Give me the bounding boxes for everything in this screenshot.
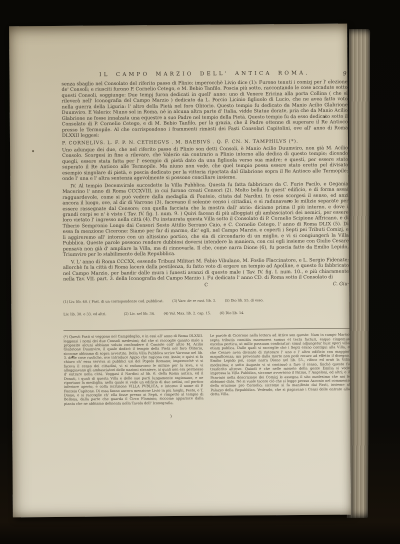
scanned-book-photo: IL CAMPO MARZIO DELL' ANTICA ROMA. 9 sen… [0,0,400,544]
paragraph-villa-publica: IV. Al tempio Decemvirale succedette la … [62,181,349,258]
citation-line: Liv. lib. 30. e 33. ed altri. (2) Liv. n… [63,310,349,317]
main-text: senza sbaglio nel Consolato del riferito… [62,79,350,282]
footnote-column-left: (*) Questi Fasti si veggono nel Campidog… [64,334,204,406]
paragraph-pieta: Uno adunque dei due, che nel riferito pa… [62,145,348,182]
stray-mark: ) [170,413,350,419]
footnote-column-right: Le parole di Cicerone nella lettera ad A… [210,333,350,405]
gathering-signature: C [204,282,208,288]
citation-block: (1) Liv. lib. 40. ( Fast. di un corrispo… [63,289,349,326]
paragraph-continuation: senza sbaglio nel Consolato del riferito… [62,79,348,139]
footnote-rule [63,328,349,331]
page-number: 9 [343,70,347,77]
paper-speck [32,150,34,152]
paragraph-apollo: V. L' anno di Roma CCCXX, essendo Tribun… [63,257,349,282]
page-content: IL CAMPO MARZIO DELL' ANTICA ROMA. 9 sen… [61,70,350,420]
citation-line: (1) Liv. lib. 40. ( Fast. di un corrispo… [63,297,349,304]
text-block: IL CAMPO MARZIO DELL' ANTICA ROMA. 9 sen… [61,70,350,508]
book-page: IL CAMPO MARZIO DELL' ANTICA ROMA. 9 sen… [9,24,351,518]
catchword: C. Giu- [333,281,349,287]
running-title: IL CAMPO MARZIO DELL' ANTICA ROMA. [99,70,309,78]
footnotes: (*) Questi Fasti si veggono nel Campidog… [64,333,351,406]
book-fore-edge-pages [347,29,370,518]
page-header: IL CAMPO MARZIO DELL' ANTICA ROMA. 9 [61,70,347,78]
